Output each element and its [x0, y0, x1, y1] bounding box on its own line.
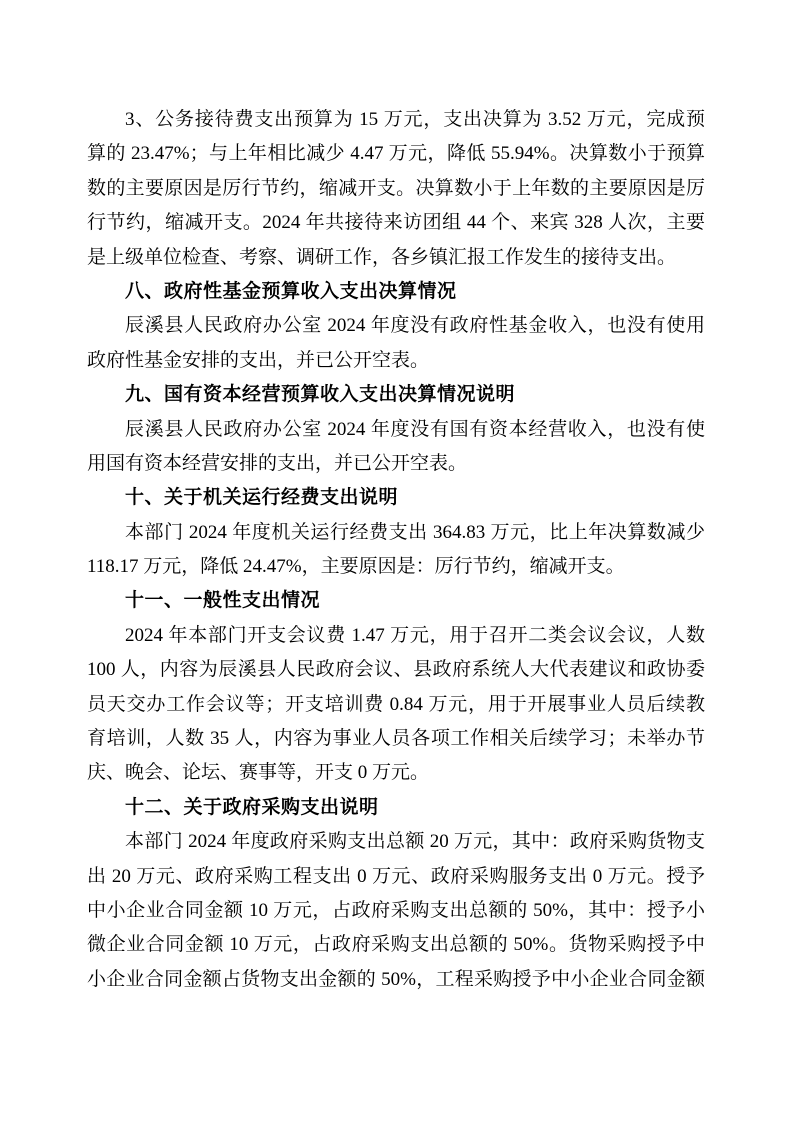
- text-line: 是上级单位检查、考察、调研工作，各乡镇汇报工作发生的接待支出。: [87, 241, 705, 275]
- heading-section-12-procurement: 十二、关于政府采购支出说明: [87, 791, 705, 825]
- para-state-capital: 辰溪县人民政府办公室 2024 年度没有国有资本经营收入，也没有使用国有资本经营…: [87, 413, 705, 482]
- text-line: 辰溪县人民政府办公室 2024 年度没有国有资本经营收入，也没有使: [87, 413, 705, 447]
- document-page: 3、公务接待费支出预算为 15 万元，支出决算为 3.52 万元，完成预算的 2…: [0, 0, 793, 1122]
- text-line: 行节约，缩减开支。2024 年共接待来访团组 44 个、来宾 328 人次，主要: [87, 206, 705, 240]
- para-procurement: 本部门 2024 年度政府采购支出总额 20 万元，其中：政府采购货物支出 20…: [87, 825, 705, 997]
- heading-section-11-general-expense: 十一、一般性支出情况: [87, 584, 705, 618]
- text-line: 3、公务接待费支出预算为 15 万元，支出决算为 3.52 万元，完成预: [87, 103, 705, 137]
- text-line: 本部门 2024 年度政府采购支出总额 20 万元，其中：政府采购货物支: [87, 825, 705, 859]
- document-body: 3、公务接待费支出预算为 15 万元，支出决算为 3.52 万元，完成预算的 2…: [87, 103, 705, 997]
- heading-section-9-state-capital: 九、国有资本经营预算收入支出决算情况说明: [87, 378, 705, 412]
- text-line: 政府性基金安排的支出，并已公开空表。: [87, 344, 705, 378]
- text-line: 用国有资本经营安排的支出，并已公开空表。: [87, 447, 705, 481]
- text-line: 辰溪县人民政府办公室 2024 年度没有政府性基金收入，也没有使用: [87, 309, 705, 343]
- para-operating-expense: 本部门 2024 年度机关运行经费支出 364.83 万元，比上年决算数减少11…: [87, 516, 705, 585]
- text-line: 100 人，内容为辰溪县人民政府会议、县政府系统人大代表建议和政协委: [87, 653, 705, 687]
- text-line: 2024 年本部门开支会议费 1.47 万元，用于召开二类会议会议，人数: [87, 619, 705, 653]
- text-line: 本部门 2024 年度机关运行经费支出 364.83 万元，比上年决算数减少: [87, 516, 705, 550]
- para-general-expense: 2024 年本部门开支会议费 1.47 万元，用于召开二类会议会议，人数100 …: [87, 619, 705, 791]
- text-line: 员天交办工作会议等；开支培训费 0.84 万元，用于开展事业人员后续教: [87, 688, 705, 722]
- text-line: 出 20 万元、政府采购工程支出 0 万元、政府采购服务支出 0 万元。授予: [87, 860, 705, 894]
- text-line: 庆、晚会、论坛、赛事等，开支 0 万元。: [87, 756, 705, 790]
- para-government-fund: 辰溪县人民政府办公室 2024 年度没有政府性基金收入，也没有使用政府性基金安排…: [87, 309, 705, 378]
- text-line: 小企业合同金额占货物支出金额的 50%，工程采购授予中小企业合同金额: [87, 963, 705, 997]
- text-line: 微企业合同金额 10 万元，占政府采购支出总额的 50%。货物采购授予中: [87, 928, 705, 962]
- text-line: 中小企业合同金额 10 万元，占政府采购支出总额的 50%，其中：授予小: [87, 894, 705, 928]
- heading-section-8-government-fund: 八、政府性基金预算收入支出决算情况: [87, 275, 705, 309]
- heading-section-10-operating-expense: 十、关于机关运行经费支出说明: [87, 481, 705, 515]
- text-line: 数的主要原因是厉行节约，缩减开支。决算数小于上年数的主要原因是厉: [87, 172, 705, 206]
- text-line: 算的 23.47%；与上年相比减少 4.47 万元，降低 55.94%。决算数小…: [87, 137, 705, 171]
- text-line: 育培训，人数 35 人，内容为事业人员各项工作相关后续学习；未举办节: [87, 722, 705, 756]
- text-line: 118.17 万元，降低 24.47%，主要原因是：厉行节约，缩减开支。: [87, 550, 705, 584]
- para-official-reception-expense: 3、公务接待费支出预算为 15 万元，支出决算为 3.52 万元，完成预算的 2…: [87, 103, 705, 275]
